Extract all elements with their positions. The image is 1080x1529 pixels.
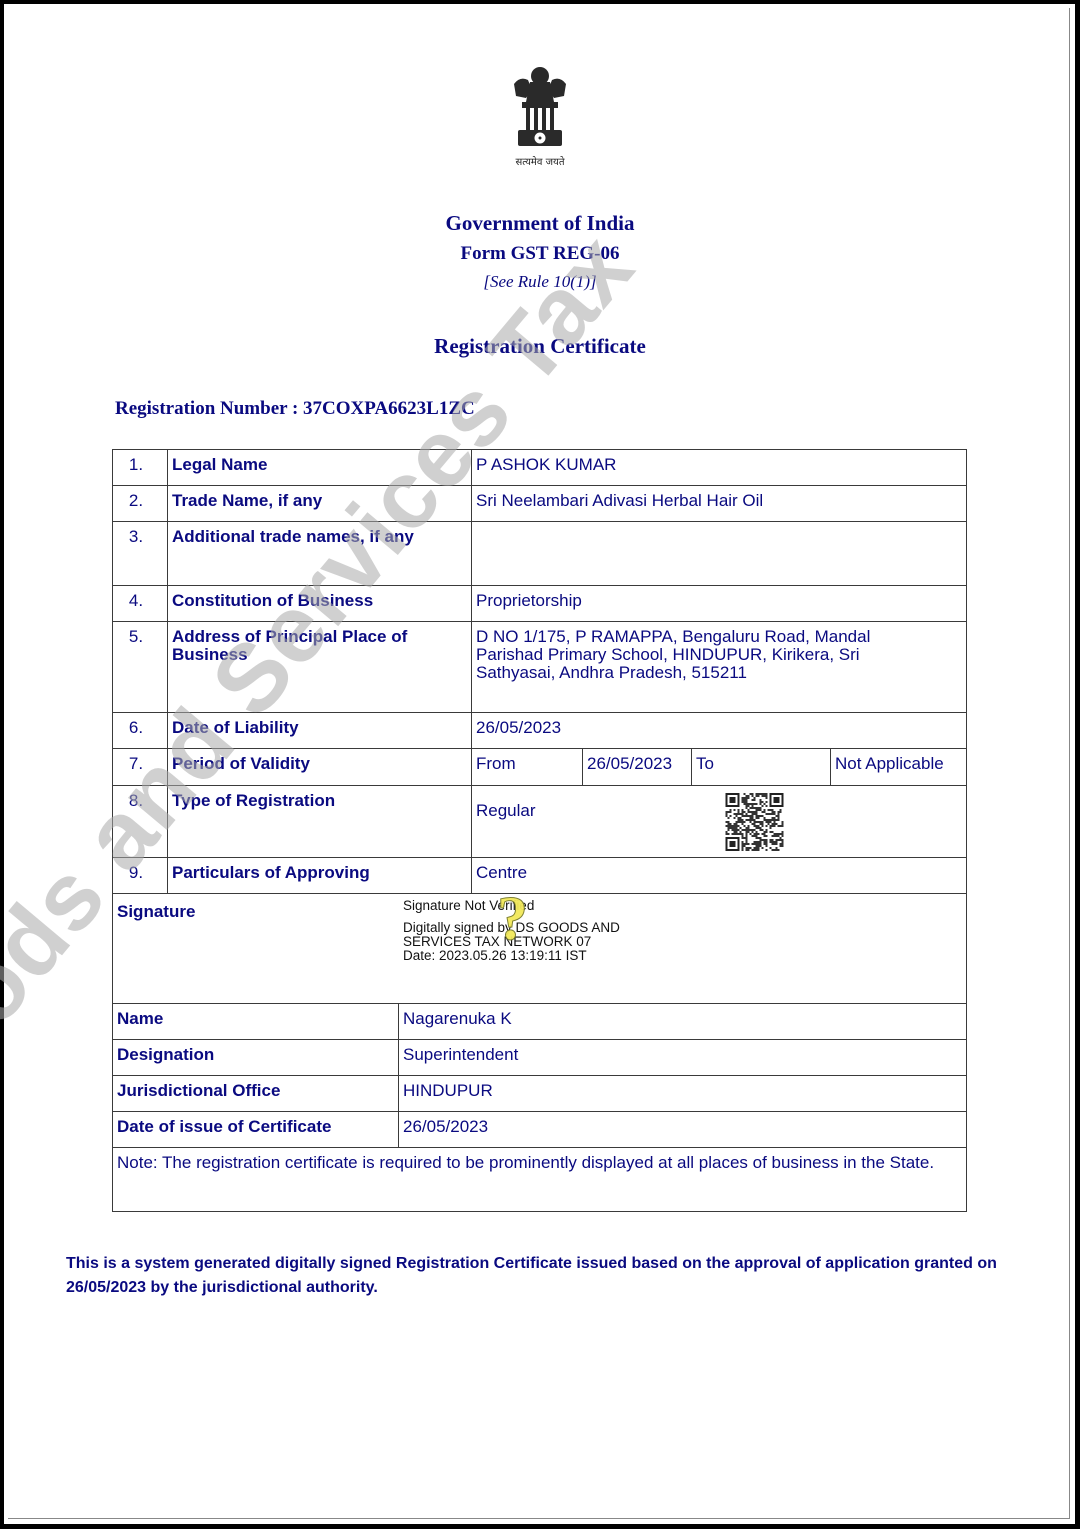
- validity-from-label: From: [471, 748, 583, 786]
- value-jurisdictional-office: HINDUPUR: [398, 1075, 967, 1112]
- label-address: Address of Principal Place of Business: [167, 621, 472, 713]
- row-number: 8.: [112, 785, 168, 858]
- row-number: 7.: [112, 748, 168, 786]
- label-date-of-liability: Date of Liability: [167, 712, 472, 749]
- value-legal-name: P ASHOK KUMAR: [471, 449, 967, 486]
- label-date-of-issue: Date of issue of Certificate: [112, 1111, 399, 1148]
- row-number: 2.: [112, 485, 168, 522]
- label-trade-name: Trade Name, if any: [167, 485, 472, 522]
- value-additional-trade-names: [471, 521, 967, 586]
- value-trade-name: Sri Neelambari Adivasi Herbal Hair Oil: [471, 485, 967, 522]
- validity-to-label: To: [691, 748, 831, 786]
- label-constitution: Constitution of Business: [167, 585, 472, 622]
- rule-reference: [See Rule 10(1)]: [0, 272, 1080, 292]
- label-officer-name: Name: [112, 1003, 399, 1040]
- government-title: Government of India: [0, 211, 1080, 236]
- row-number: 4.: [112, 585, 168, 622]
- row-number: 3.: [112, 521, 168, 586]
- validity-from-value: 26/05/2023: [582, 748, 692, 786]
- registration-number-value: 37COXPA6623L1ZC: [303, 398, 475, 419]
- value-date-of-liability: 26/05/2023: [471, 712, 967, 749]
- row-number: 6.: [112, 712, 168, 749]
- value-constitution: Proprietorship: [471, 585, 967, 622]
- row-number: 5.: [112, 621, 168, 713]
- value-designation: Superintendent: [398, 1039, 967, 1076]
- value-type-of-registration: Regular: [471, 785, 967, 858]
- label-jurisdictional-office: Jurisdictional Office: [112, 1075, 399, 1112]
- question-mark-icon: ?: [497, 888, 528, 950]
- label-legal-name: Legal Name: [167, 449, 472, 486]
- footer-statement: This is a system generated digitally sig…: [66, 1252, 1016, 1300]
- qr-code-icon: [725, 793, 784, 851]
- label-type-of-registration: Type of Registration: [167, 785, 472, 858]
- label-particulars-of-approving: Particulars of Approving: [167, 857, 472, 894]
- value-date-of-issue: 26/05/2023: [398, 1111, 967, 1148]
- value-address: D NO 1/175, P RAMAPPA, Bengaluru Road, M…: [471, 621, 967, 713]
- value-particulars-of-approving: Centre: [471, 857, 967, 894]
- row-number: 1.: [112, 449, 168, 486]
- label-additional-trade-names: Additional trade names, if any: [167, 521, 472, 586]
- validity-to-value: Not Applicable: [830, 748, 967, 786]
- row-number: 9.: [112, 857, 168, 894]
- certificate-title: Registration Certificate: [0, 334, 1080, 359]
- label-designation: Designation: [112, 1039, 399, 1076]
- registration-number: Registration Number : 37COXPA6623L1ZC: [115, 398, 475, 420]
- value-officer-name: Nagarenuka K: [398, 1003, 967, 1040]
- note: Note: The registration certificate is re…: [112, 1147, 967, 1212]
- registration-number-label: Registration Number :: [115, 398, 298, 419]
- label-period-of-validity: Period of Validity: [167, 748, 472, 786]
- form-title: Form GST REG-06: [0, 243, 1080, 265]
- emblem-motto: सत्यमेव जयते: [490, 154, 590, 168]
